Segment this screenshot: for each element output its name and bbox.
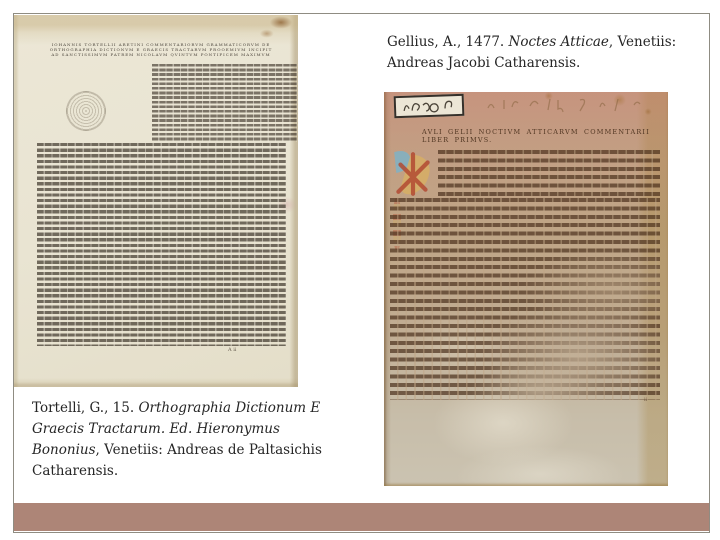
caption-line: Graecis Tractarum. Ed. Hieronymus [32,419,362,440]
folio-mark: ii [644,398,647,403]
caption-tortelli: Tortelli, G., 15. Orthographia Dictionum… [32,398,362,482]
caption-text: Andreas Jacobi Catharensis. [387,55,580,71]
right-column-text-block [152,64,297,142]
caption-text-italic: Orthographia Dictionum E [138,400,320,416]
caption-text: Catharensis. [32,463,118,479]
incunabulum-header-text: IOHANNIS TORTELLII ARETINI COMMENTARIORV… [35,42,287,57]
shelfmark-handwriting [396,96,463,116]
caption-line: Bononius, Venetiis: Andreas de Paltasich… [32,440,362,461]
shelfmark-label [394,94,465,118]
caption-text-italic: Graecis Tractarum. Ed. Hieronymus [32,421,280,437]
header-line: AD SANCTISSIMVM PATREM NICOLAVM QVINTVM … [35,52,287,57]
caption-line: Andreas Jacobi Catharensis. [387,53,702,74]
accent-bar [14,503,709,531]
main-text-block [37,143,286,346]
illuminated-initial [392,150,434,198]
heading-line: LIBER PRIMVS. [422,137,662,145]
caption-line: Catharensis. [32,461,362,482]
presentation-slide: IOHANNIS TORTELLII ARETINI COMMENTARIORV… [0,0,720,540]
water-damage-fade [390,198,660,400]
caption-text: , Venetiis: [609,34,676,50]
indented-text-block [438,150,660,197]
caption-text-italic: Noctes Atticae [509,34,609,50]
gellius-page-image: AVLI GELII NOCTIVM ATTICARVM COMMENTARII… [384,92,668,486]
pen-trial-mark [527,464,533,478]
caption-text: , Venetiis: Andreas de Paltasichis [96,442,322,458]
printed-heading: AVLI GELII NOCTIVM ATTICARVM COMMENTARII… [422,129,662,144]
signature-mark: A ii [228,348,236,353]
handwritten-inscription [484,96,654,114]
embossed-library-stamp [66,91,106,131]
caption-line: Gellius, A., 1477. Noctes Atticae, Venet… [387,32,702,53]
caption-gellius: Gellius, A., 1477. Noctes Atticae, Venet… [387,32,702,74]
caption-text-italic: Bononius [32,442,96,458]
caption-text: Tortelli, G., 15. [32,400,138,416]
tortelli-page-image: IOHANNIS TORTELLII ARETINI COMMENTARIORV… [14,15,298,387]
caption-line: Tortelli, G., 15. Orthographia Dictionum… [32,398,362,419]
caption-text: Gellius, A., 1477. [387,34,509,50]
